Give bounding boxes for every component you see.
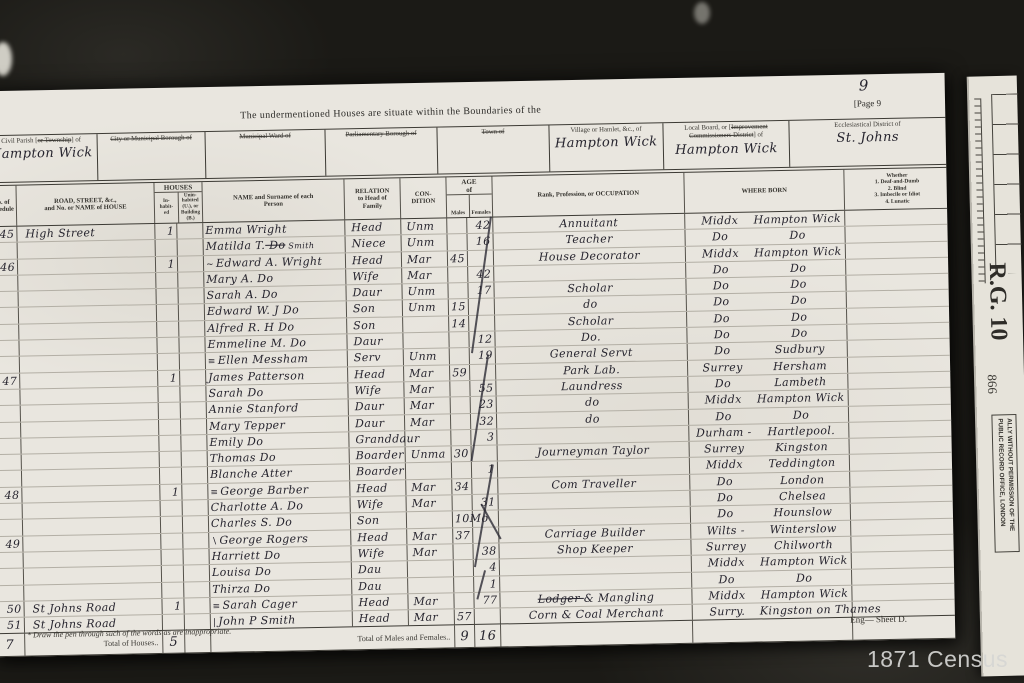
column-header-houses: HOUSES In- habit- ed Unin- habited (U.),… — [154, 182, 203, 223]
cell-condition — [406, 463, 452, 479]
cell-uninhabited — [179, 321, 205, 337]
cell-schedule — [0, 292, 19, 308]
cell-disability — [848, 355, 950, 372]
district-box: Civil Parish [or Township] ofHampton Wic… — [0, 134, 98, 182]
cell-age-male — [453, 544, 473, 560]
born-county: Do — [689, 328, 754, 344]
district-box: Ecclesiastical District ofSt. Johns — [789, 118, 946, 167]
district-box: Town of — [437, 125, 550, 173]
cell-condition: Mar — [405, 414, 451, 430]
cell-uninhabited — [183, 549, 209, 565]
background-blemish — [0, 42, 12, 76]
cell-name: Thomas Do — [208, 448, 350, 466]
cell-schedule — [0, 406, 21, 422]
cell-condition: Mar — [407, 544, 453, 560]
census-sheet: The undermentioned Houses are situate wi… — [0, 73, 955, 657]
cell-name: Mary A. Do — [204, 269, 346, 287]
born-county: Middx — [694, 556, 759, 572]
cell-uninhabited — [183, 516, 209, 532]
born-place: Hampton Wick — [753, 244, 843, 260]
cell-where-born: DoDo — [687, 325, 847, 343]
cell-disability — [851, 535, 953, 552]
district-box-label: Town of — [440, 128, 545, 138]
born-county: Do — [690, 344, 755, 360]
cell-schedule: 48 — [0, 487, 23, 503]
cell-schedule — [0, 569, 24, 585]
cell-age-female — [469, 315, 495, 331]
cell-where-born: SurreyKingston — [690, 439, 850, 457]
cell-name: Edward W. J Do — [205, 302, 347, 320]
cell-condition: Unm — [402, 284, 448, 300]
cell-uninhabited — [178, 239, 204, 255]
cell-road — [21, 420, 159, 438]
cell-uninhabited — [181, 402, 207, 418]
cell-age-female — [468, 250, 494, 266]
cell-inhabited — [161, 533, 183, 549]
cell-condition — [408, 577, 454, 593]
cell-name: ~Edward A. Wright — [204, 253, 346, 271]
born-county: Do — [688, 262, 753, 278]
cell-where-born: SurreyHersham — [688, 357, 848, 375]
born-place: Do — [753, 228, 843, 244]
archive-binding-strip: R.G. 10 866 ALLY WITHOUT PERMISSION OF T… — [967, 75, 1024, 676]
cell-uninhabited — [180, 370, 206, 386]
cell-where-born: DoSudbury — [688, 341, 848, 359]
cell-disability — [848, 339, 950, 356]
cell-where-born: DoDo — [686, 260, 846, 278]
cell-condition: Unm — [404, 349, 450, 365]
born-county: Do — [694, 572, 759, 588]
born-county: Do — [692, 491, 757, 507]
born-county: Surrey — [692, 442, 757, 458]
cell-relation: Daur — [349, 399, 405, 415]
column-header-uninhabited: Unin- habited (U.), or Building (B.) — [179, 192, 203, 222]
born-county: Wilts - — [693, 523, 758, 539]
born-place: Hampton Wick — [759, 587, 849, 603]
born-county: Durham - — [691, 425, 756, 441]
cell-road — [22, 485, 160, 503]
cell-where-born: DoLambeth — [688, 374, 848, 392]
column-header-females: Females — [470, 195, 492, 217]
cell-condition: Mar — [405, 398, 451, 414]
cell-schedule: 49 — [0, 536, 23, 552]
cell-uninhabited — [178, 256, 204, 272]
cell-disability — [851, 518, 953, 535]
cell-schedule — [0, 553, 24, 569]
born-county: Middx — [694, 588, 759, 604]
cell-inhabited — [159, 419, 181, 435]
cell-relation: Head — [352, 594, 408, 610]
district-box-value: Hampton Wick — [0, 146, 94, 163]
cell-name: Sarah A. Do — [204, 286, 346, 304]
column-header-schedule: No. of Schedule — [0, 186, 17, 227]
cell-disability — [850, 486, 952, 503]
cell-name: Emmeline M. Do — [205, 334, 347, 352]
cell-name: Mary Tepper — [207, 416, 349, 434]
born-place: Do — [759, 570, 849, 586]
born-place: Do — [753, 277, 843, 293]
cell-disability — [849, 404, 951, 421]
cell-disability — [849, 388, 951, 405]
cell-road — [19, 322, 157, 340]
cell-where-born: DoDo — [686, 276, 846, 294]
cell-inhabited — [157, 321, 179, 337]
cell-inhabited — [156, 272, 178, 288]
cell-age-female: 4 — [474, 560, 500, 576]
district-box: Parliamentary Borough of — [325, 128, 438, 176]
cell-name: Charlotte A. Do — [209, 497, 351, 515]
cell-age-male — [454, 593, 474, 609]
column-header-relation: RELATION to Head of Family — [344, 178, 401, 219]
cell-where-born: DoDo — [692, 569, 852, 587]
struck-label: City or Municipal Borough of — [110, 134, 192, 143]
cell-condition: Mar — [407, 528, 453, 544]
cell-condition: Mar — [402, 251, 448, 267]
cell-disability — [850, 470, 952, 487]
screenshot-root: { "watermark": "1871 Census", "strip": {… — [0, 0, 1024, 683]
cell-road — [20, 387, 158, 405]
cell-road — [21, 436, 159, 454]
cell-age-male — [451, 397, 471, 413]
cell-where-born: DoHounslow — [691, 504, 851, 522]
cell-inhabited — [162, 566, 184, 582]
cell-condition — [408, 561, 454, 577]
cell-age-male — [451, 430, 471, 446]
cell-disability — [846, 274, 948, 291]
district-box: Local Board, or [Improvement Commissione… — [663, 121, 790, 169]
cell-relation: Wife — [348, 382, 404, 398]
cell-schedule — [0, 324, 19, 340]
cell-inhabited: 1 — [160, 484, 182, 500]
cell-name: ≡Sarah Cager — [210, 595, 352, 613]
column-header-males: Males — [447, 195, 470, 217]
cell-age-male — [450, 381, 470, 397]
born-place: Teddington — [757, 456, 847, 472]
born-county: Middx — [691, 393, 756, 409]
cell-age-female: 23 — [471, 397, 497, 413]
cell-schedule: 46 — [0, 259, 18, 275]
cell-where-born: Wilts -Winterslow — [691, 520, 851, 538]
struck-label: Municipal Ward of — [239, 132, 291, 140]
cell-age-female — [469, 299, 495, 315]
district-box: City or Municipal Borough of — [97, 132, 206, 180]
cell-condition — [403, 332, 449, 348]
column-header-disability: Whether 1. Deaf-and-Dumb 2. Blind 3. Imb… — [844, 168, 947, 210]
cell-disability — [845, 225, 947, 242]
born-place: Hersham — [755, 358, 845, 374]
cell-relation: Head — [345, 219, 401, 235]
cell-road — [24, 582, 162, 600]
cell-disability — [847, 323, 949, 340]
district-box-value: Hampton Wick — [667, 141, 786, 158]
born-county: Do — [691, 409, 756, 425]
born-county: Do — [689, 311, 754, 327]
cell-condition: Mar — [402, 267, 448, 283]
district-box: Municipal Ward of — [205, 130, 326, 178]
cell-name: Louisa Do — [210, 563, 352, 581]
cell-where-born: DoDo — [687, 292, 847, 310]
cell-disability — [847, 290, 949, 307]
cell-inhabited: 1 — [162, 598, 184, 614]
cell-road — [19, 289, 157, 307]
cell-age-female: 16 — [467, 234, 493, 250]
district-box-label: City or Municipal Borough of — [101, 134, 202, 144]
cell-relation: Dau — [352, 561, 408, 577]
cell-age-male — [454, 576, 474, 592]
born-county: Do — [690, 376, 755, 392]
cell-age-male: 14 — [449, 316, 469, 332]
born-place: Kingston — [757, 440, 847, 456]
cell-disability — [846, 241, 948, 258]
district-box-value: St. Johns — [793, 129, 943, 147]
born-county: Middx — [687, 214, 752, 230]
cell-where-born: DoDo — [685, 227, 845, 245]
cell-inhabited — [160, 452, 182, 468]
cell-road — [19, 338, 157, 356]
cell-disability — [852, 551, 954, 568]
cell-where-born: DoDo — [687, 309, 847, 327]
cell-road — [22, 452, 160, 470]
struck-label: or Township — [37, 137, 71, 145]
cell-relation: Daur — [346, 284, 402, 300]
cell-inhabited: 1 — [156, 256, 178, 272]
cell-road — [20, 371, 158, 389]
cell-uninhabited — [184, 582, 210, 598]
cell-inhabited: 1 — [155, 224, 177, 240]
cell-uninhabited — [181, 419, 207, 435]
cell-disability — [852, 584, 954, 601]
cell-relation: Head — [351, 529, 407, 545]
cell-road — [23, 534, 161, 552]
cell-relation: Granddaur — [349, 431, 405, 447]
cell-condition — [405, 430, 451, 446]
cell-age-male: 30 — [452, 446, 472, 462]
district-box-value: Hampton Wick — [553, 135, 660, 152]
district-box: Village or Hamlet, &c., ofHampton Wick — [549, 123, 664, 171]
cell-inhabited — [160, 468, 182, 484]
cell-schedule — [0, 520, 23, 536]
cell-age-male — [454, 560, 474, 576]
cell-inhabited — [159, 403, 181, 419]
cell-disability — [848, 372, 950, 389]
next-page-margin-boxes — [991, 93, 1022, 274]
cell-schedule — [0, 341, 20, 357]
cell-name: Alfred R. H Do — [205, 318, 347, 336]
cell-road — [21, 403, 159, 421]
cell-schedule: 45 — [0, 227, 18, 243]
cell-road — [18, 273, 156, 291]
column-header-occupation: Rank, Profession, or OCCUPATION — [492, 173, 685, 217]
cell-schedule — [0, 390, 21, 406]
age-group-label: AGE of — [461, 177, 476, 194]
born-place: Do — [756, 407, 846, 423]
cell-condition: Mar — [408, 593, 454, 609]
household-mark: ≡ — [208, 357, 216, 367]
born-place: Do — [754, 293, 844, 309]
cell-condition: Unm — [403, 300, 449, 316]
cell-inhabited — [161, 549, 183, 565]
born-place: Hounslow — [758, 505, 848, 521]
cell-schedule — [0, 422, 21, 438]
born-place: Hartlepool. — [756, 424, 846, 440]
cell-inhabited — [161, 517, 183, 533]
cell-name: Annie Stanford — [207, 400, 349, 418]
household-mark: ≡ — [212, 602, 220, 612]
born-county: Middx — [692, 458, 757, 474]
born-county: Do — [693, 507, 758, 523]
cell-age-male — [453, 495, 473, 511]
cell-condition: Unm — [402, 235, 448, 251]
cell-name: Harriett Do — [209, 546, 351, 564]
cell-age-male: 59 — [450, 365, 470, 381]
born-county: Do — [688, 279, 753, 295]
column-header-condition: CON- DITION — [400, 177, 447, 218]
cell-relation: Head — [346, 252, 402, 268]
cell-condition: Mar — [406, 479, 452, 495]
cell-condition: Mar — [407, 495, 453, 511]
cell-age-male: 45 — [448, 251, 468, 267]
cell-inhabited — [162, 582, 184, 598]
cell-relation: Son — [347, 317, 403, 333]
cell-condition: Unma — [406, 447, 452, 463]
born-place: Chilworth — [758, 538, 848, 554]
cell-uninhabited — [184, 598, 210, 614]
district-box-label: Parliamentary Borough of — [328, 130, 433, 140]
cell-schedule — [0, 504, 23, 520]
born-county: Surrey — [693, 539, 758, 555]
cell-uninhabited — [178, 288, 204, 304]
cell-uninhabited — [178, 272, 204, 288]
cell-condition — [403, 316, 449, 332]
cell-relation: Niece — [346, 236, 402, 252]
ruler-scale — [974, 98, 986, 283]
cell-name: Thirza Do — [210, 579, 352, 597]
cell-uninhabited — [179, 337, 205, 353]
cell-age-male — [448, 283, 468, 299]
cell-relation: Dau — [352, 578, 408, 594]
cell-age-male: 37 — [453, 528, 473, 544]
cell-name: ∖George Rogers — [209, 530, 351, 548]
sheet-title: The undermentioned Houses are situate wi… — [240, 105, 541, 122]
cell-where-born: MiddxHampton Wick — [692, 586, 852, 604]
cell-road — [24, 566, 162, 584]
cell-name: James Patterson — [206, 367, 348, 385]
cell-uninhabited — [177, 223, 203, 239]
cell-name: Emily Do — [207, 432, 349, 450]
cell-age-male — [448, 267, 468, 283]
born-place: Do — [753, 261, 843, 277]
watermark-caption: 1871 Census — [867, 646, 1008, 673]
cell-relation: Wife — [351, 496, 407, 512]
column-header-inhabited: In- habit- ed — [155, 193, 180, 223]
cell-uninhabited — [183, 500, 209, 516]
cell-disability — [849, 421, 951, 438]
cell-uninhabited — [180, 386, 206, 402]
cell-where-born: MiddxTeddington — [690, 455, 850, 473]
cell-schedule: 47 — [0, 373, 20, 389]
cell-age-male — [450, 348, 470, 364]
cell-inhabited: 1 — [158, 370, 180, 386]
cell-name: Charles S. Do — [209, 514, 351, 532]
cell-relation: Serv — [348, 350, 404, 366]
cell-road — [24, 550, 162, 568]
cell-where-born: DoDo — [689, 406, 849, 424]
cell-uninhabited — [182, 468, 208, 484]
cell-age-female — [472, 478, 498, 494]
cell-schedule — [0, 357, 20, 373]
cell-age-male — [447, 218, 467, 234]
cell-relation: Wife — [351, 545, 407, 561]
cell-road: High Street — [17, 224, 155, 242]
cell-where-born: MiddxHampton Wick — [686, 243, 846, 261]
cell-relation: Boarder — [350, 464, 406, 480]
cell-condition: Mar — [404, 381, 450, 397]
cell-schedule — [0, 438, 22, 454]
cell-name: Matilda T. Do Smith — [204, 237, 346, 255]
cell-age-female — [472, 446, 498, 462]
cell-condition: Mar — [404, 365, 450, 381]
born-place: Sudbury — [755, 342, 845, 358]
born-place: Chelsea — [758, 489, 848, 505]
cell-name: Emma Wright — [203, 220, 345, 238]
column-header-name: NAME and Surname of each Person — [202, 179, 345, 222]
cell-where-born: DoChelsea — [690, 488, 850, 506]
column-header-where-born: WHERE BORN — [684, 170, 845, 213]
cell-road: St Johns Road — [24, 599, 162, 617]
cell-condition: Unm — [401, 218, 447, 234]
column-header-age: AGE of Males Females — [446, 177, 493, 218]
cell-inhabited — [156, 240, 178, 256]
household-mark: ∖ — [211, 537, 217, 547]
cell-road — [22, 468, 160, 486]
cell-disability — [846, 258, 948, 275]
cell-disability — [847, 307, 949, 324]
cell-inhabited — [158, 387, 180, 403]
born-county: Do — [687, 230, 752, 246]
born-place: London — [757, 473, 847, 489]
cell-road — [23, 517, 161, 535]
cell-schedule — [0, 471, 22, 487]
cell-disability — [851, 502, 953, 519]
cell-condition — [407, 512, 453, 528]
cell-schedule — [0, 276, 18, 292]
cell-road — [18, 257, 156, 275]
archive-piece-number: 866 — [984, 374, 1000, 394]
cell-where-born: DoLondon — [690, 471, 850, 489]
cell-inhabited — [158, 354, 180, 370]
born-place: Hampton Wick — [752, 212, 842, 228]
cell-relation: Daur — [347, 333, 403, 349]
cell-schedule — [0, 455, 22, 471]
handwritten-page-number: 9 — [859, 76, 869, 94]
born-place: Do — [754, 310, 844, 326]
cell-inhabited — [161, 501, 183, 517]
cell-schedule: 50 — [0, 601, 25, 617]
cell-age-male — [449, 332, 469, 348]
cell-uninhabited — [182, 451, 208, 467]
cell-name: Sarah Do — [206, 383, 348, 401]
cell-age-female: 19 — [470, 348, 496, 364]
cell-uninhabited — [183, 533, 209, 549]
cell-relation: Daur — [349, 415, 405, 431]
struck-label: Parliamentary Borough of — [345, 130, 416, 138]
cell-where-born: MiddxHampton Wick — [685, 211, 845, 229]
born-place: Hampton Wick — [759, 554, 849, 570]
sheet-label: Eng— Sheet D. — [850, 613, 947, 625]
cell-schedule — [0, 585, 24, 601]
copyright-notice: ALLY WITHOUT PERMISSION OF THE PUBLIC RE… — [992, 414, 1020, 553]
cell-relation: Son — [347, 301, 403, 317]
